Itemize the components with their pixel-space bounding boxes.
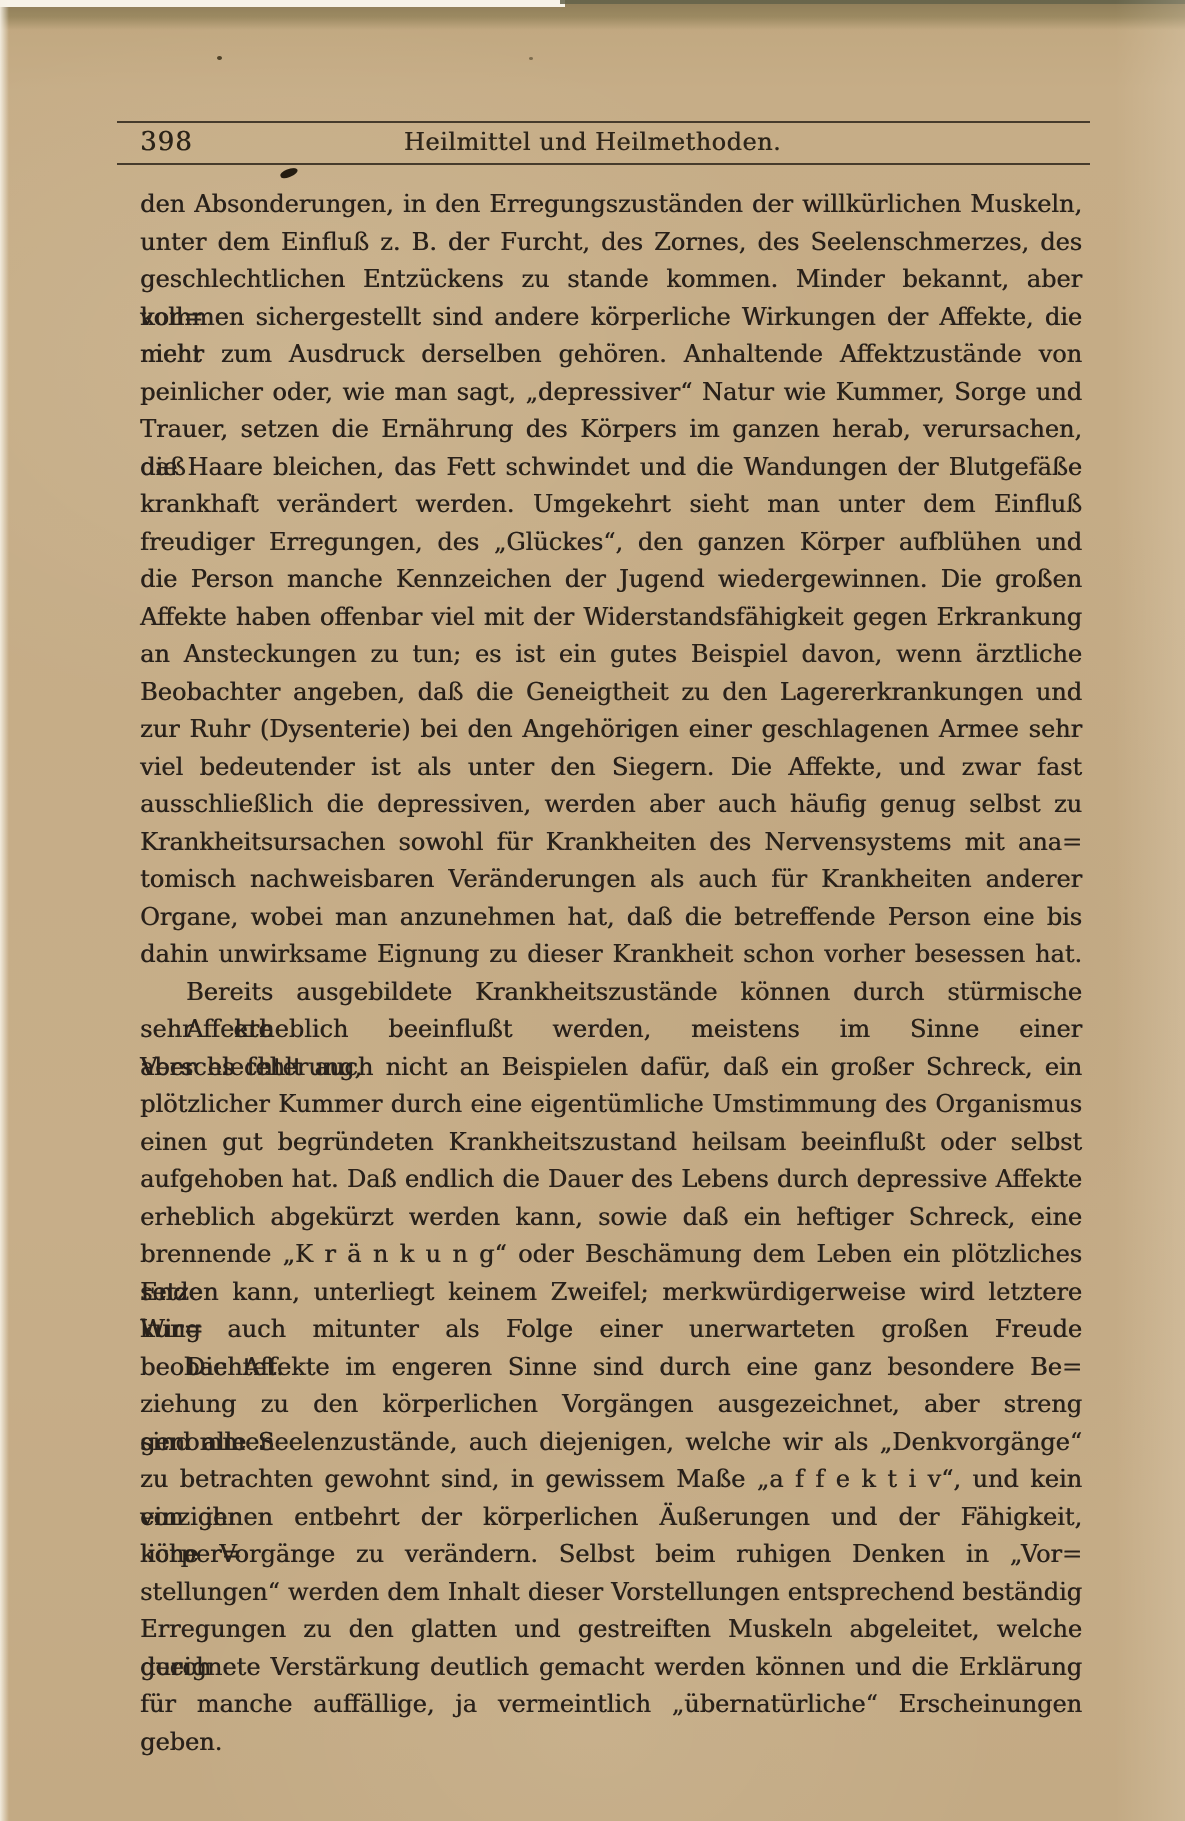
ink-smudge <box>279 166 299 180</box>
text-line: Affekte haben offenbar viel mit der Wide… <box>140 599 1082 637</box>
text-line: an Ansteckungen zu tun; es ist ein gutes… <box>140 636 1082 674</box>
text-line: Beobachter angeben, daß die Geneigtheit … <box>140 674 1082 712</box>
text-line: Erregungen zu den glatten und gestreifte… <box>140 1611 1082 1649</box>
paper-speck <box>217 56 222 60</box>
text-line: liche Vorgänge zu verändern. Selbst beim… <box>140 1536 1082 1574</box>
scan-edge-white-sliver <box>0 0 565 7</box>
text-line: viel bedeutender ist als unter den Siege… <box>140 749 1082 787</box>
text-line: setzen kann, unterliegt keinem Zweifel; … <box>140 1274 1082 1312</box>
text-line: aufgehoben hat. Daß endlich die Dauer de… <box>140 1161 1082 1199</box>
text-line: peinlicher oder, wie man sagt, „depressi… <box>140 374 1082 412</box>
text-line: brennende „K r ä n k u n g“ oder Beschäm… <box>140 1236 1082 1274</box>
text-line: einen gut begründeten Krankheitszustand … <box>140 1124 1082 1162</box>
text-line: Trauer, setzen die Ernährung des Körpers… <box>140 411 1082 449</box>
text-line: ziehung zu den körperlichen Vorgängen au… <box>140 1386 1082 1424</box>
text-line: die Person manche Kennzeichen der Jugend… <box>140 561 1082 599</box>
text-line: unter dem Einfluß z. B. der Furcht, des … <box>140 224 1082 262</box>
text-line: tomisch nachweisbaren Veränderungen als … <box>140 861 1082 899</box>
scanned-book-page: 398 Heilmittel und Heilmethoden. den Abs… <box>0 0 1185 1821</box>
text-line: sind alle Seelenzustände, auch diejenige… <box>140 1424 1082 1462</box>
text-line: sehr erheblich beeinflußt werden, meiste… <box>140 1011 1082 1049</box>
header-rule-bottom <box>117 163 1090 165</box>
scan-edge-left <box>0 0 9 1821</box>
text-line: die Haare bleichen, das Fett schwindet u… <box>140 449 1082 487</box>
text-line: freudiger Erregungen, des „Glückes“, den… <box>140 524 1082 562</box>
scan-edge-dark-line <box>560 0 1185 4</box>
text-line: krankhaft verändert werden. Umgekehrt si… <box>140 486 1082 524</box>
text-line: aber es fehlt auch nicht an Beispielen d… <box>140 1049 1082 1087</box>
paper-speck <box>529 57 533 60</box>
text-line: dahin unwirksame Eignung zu dieser Krank… <box>140 936 1082 974</box>
text-line: für manche auffällige, ja vermeintlich „… <box>140 1686 1082 1724</box>
text-line: kommen sichergestellt sind andere körper… <box>140 299 1082 337</box>
text-line: stellungen“ werden dem Inhalt dieser Vor… <box>140 1574 1082 1612</box>
text-line: kung auch mitunter als Folge einer unerw… <box>140 1311 1082 1349</box>
text-line: Bereits ausgebildete Krankheitszustände … <box>140 974 1082 1012</box>
text-line: zur Ruhr (Dysenterie) bei den Angehörige… <box>140 711 1082 749</box>
scan-edge-right-shade <box>1115 0 1185 1821</box>
text-line: den Absonderungen, in den Erregungszustä… <box>140 186 1082 224</box>
text-line: Krankheitsursachen sowohl für Krankheite… <box>140 824 1082 862</box>
running-title: Heilmittel und Heilmethoden. <box>0 128 1185 156</box>
text-line: geschlechtlichen Entzückens zu stande ko… <box>140 261 1082 299</box>
text-line: geeignete Verstärkung deutlich gemacht w… <box>140 1649 1082 1687</box>
text-line: mehr zum Ausdruck derselben gehören. Anh… <box>140 336 1082 374</box>
text-line: von ihnen entbehrt der körperlichen Äuße… <box>140 1499 1082 1537</box>
text-line: plötzlicher Kummer durch eine eigentümli… <box>140 1086 1082 1124</box>
header-rule-top <box>117 121 1090 123</box>
page-header: 398 Heilmittel und Heilmethoden. <box>0 127 1185 161</box>
text-line: erheblich abgekürzt werden kann, sowie d… <box>140 1199 1082 1237</box>
text-line: ausschließlich die depressiven, werden a… <box>140 786 1082 824</box>
page-text: den Absonderungen, in den Erregungszustä… <box>140 186 1082 1724</box>
text-line: zu betrachten gewohnt sind, in gewissem … <box>140 1461 1082 1499</box>
text-line: Organe, wobei man anzunehmen hat, daß di… <box>140 899 1082 937</box>
text-line: Die Affekte im engeren Sinne sind durch … <box>140 1349 1082 1387</box>
